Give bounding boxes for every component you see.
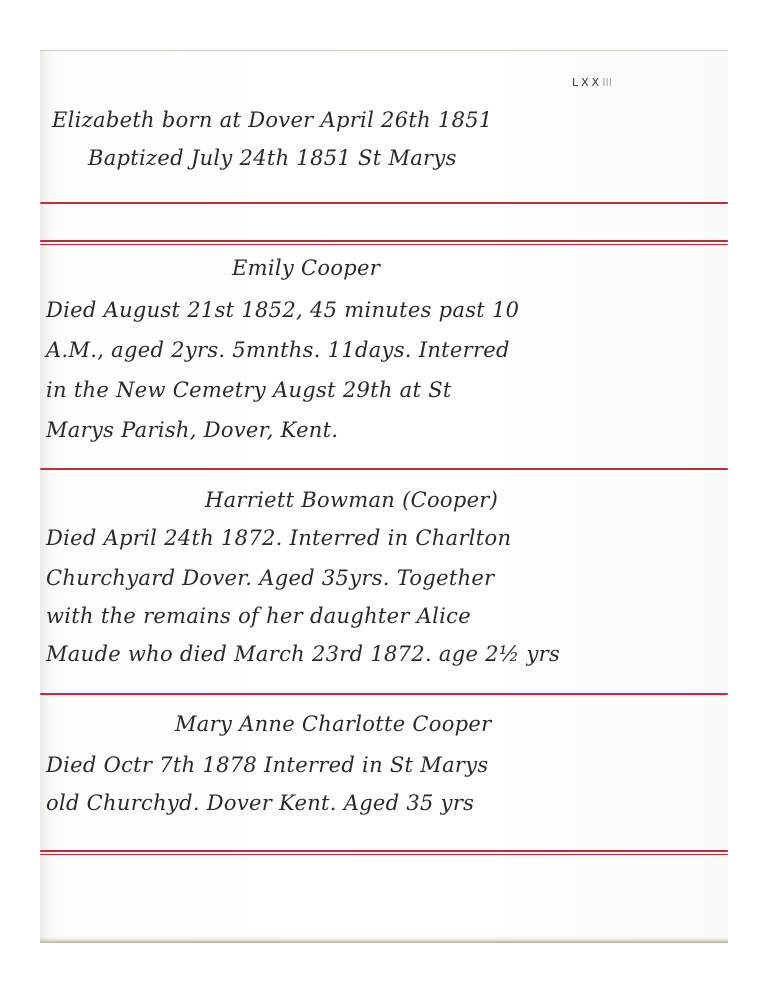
entry-line: Elizabeth born at Dover April 26th 1851 [52, 110, 493, 131]
red-rule [40, 202, 728, 204]
entry-title: Harriett Bowman (Cooper) [205, 490, 498, 511]
entry-line: Died April 24th 1872. Interred in Charlt… [46, 528, 511, 549]
page-number: LXXIII [572, 76, 612, 89]
entry-line: Baptized July 24th 1851 St Marys [88, 148, 457, 169]
red-rule [40, 693, 728, 695]
entry-title: Mary Anne Charlotte Cooper [175, 714, 491, 735]
entry-line: Marys Parish, Dover, Kent. [46, 420, 338, 441]
red-rule [40, 468, 728, 470]
entry-line: with the remains of her daughter Alice [46, 606, 471, 627]
page-number-faded: III [602, 76, 612, 89]
entry-line: old Churchyd. Dover Kent. Aged 35 yrs [46, 793, 474, 814]
red-double-rule [40, 850, 728, 855]
entry-line: Died Octr 7th 1878 Interred in St Marys [46, 755, 488, 776]
entry-line: in the New Cemetry Augst 29th at St [46, 380, 452, 401]
entry-title: Emily Cooper [232, 258, 380, 279]
entry-line: Churchyard Dover. Aged 35yrs. Together [46, 568, 494, 589]
entry-line: Died August 21st 1852, 45 minutes past 1… [46, 300, 519, 321]
entry-line: Maude who died March 23rd 1872. age 2½ y… [46, 644, 560, 665]
page-number-legible: LXX [572, 76, 602, 89]
entry-line: A.M., aged 2yrs. 5mnths. 11days. Interre… [46, 340, 510, 361]
record-page: LXXIII Elizabeth born at Dover April 26t… [40, 50, 728, 943]
red-double-rule [40, 240, 728, 245]
